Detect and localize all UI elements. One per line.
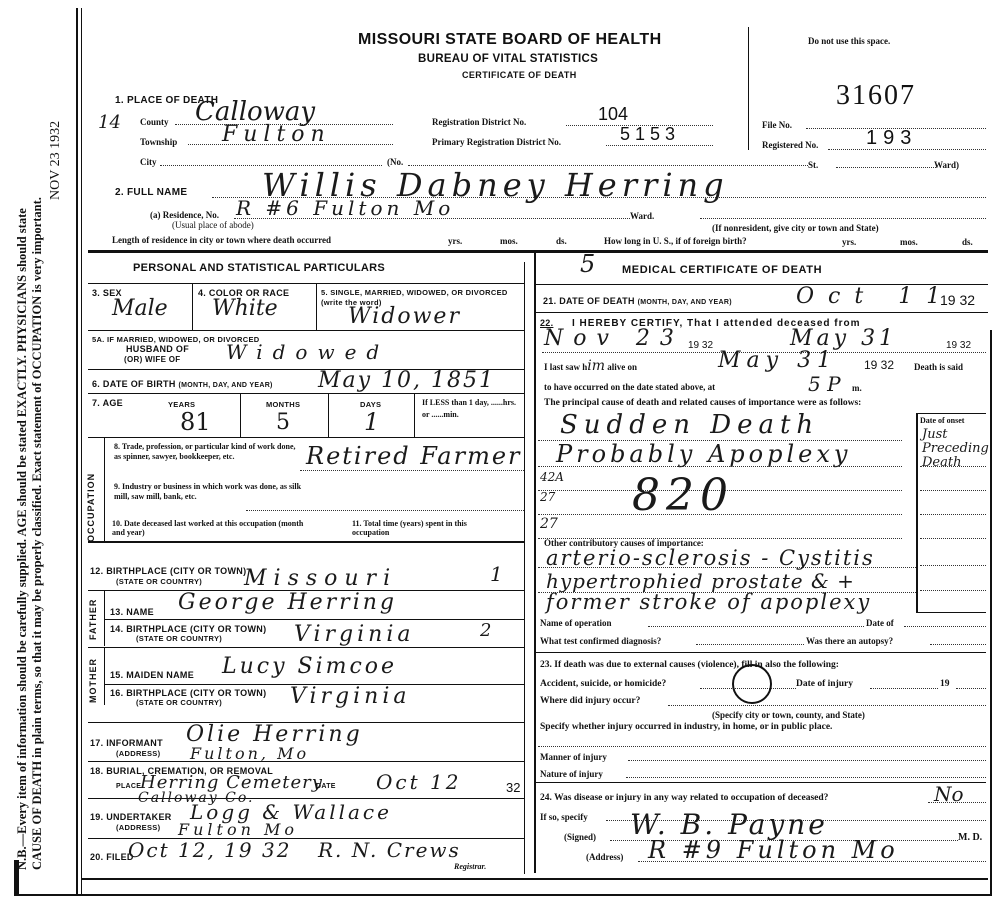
- where-injury-field[interactable]: [668, 705, 986, 706]
- manner-label: Manner of injury: [540, 752, 607, 762]
- cause-2-value: Probably Apoplexy: [556, 440, 851, 468]
- father-bp-sublabel: (STATE OR COUNTRY): [136, 634, 222, 643]
- personal-rule-2: [88, 330, 524, 331]
- sex-value: Male: [112, 296, 168, 321]
- form-subtitle: BUREAU OF VITAL STATISTICS: [418, 53, 598, 65]
- registered-no-value: 193: [866, 127, 917, 150]
- attend-from-year: 19 32: [688, 340, 713, 351]
- left-panel-right-border: [524, 262, 525, 874]
- injury-year-label: 19: [940, 679, 950, 689]
- residence-value: R #6 Fulton Mo: [236, 196, 454, 220]
- attend-to-year: 19 32: [946, 340, 971, 351]
- ward-field[interactable]: [836, 167, 936, 168]
- nonresident-note: (If nonresident, give city or town and S…: [712, 223, 879, 233]
- residence-sublabel: (Usual place of abode): [172, 220, 254, 230]
- if-so-label: If so, specify: [540, 812, 588, 822]
- external-cause-label: 23. If death was due to external causes …: [540, 660, 839, 670]
- specify-city-note: (Specify city or town, county, and State…: [712, 710, 865, 720]
- cause-line-2[interactable]: [538, 466, 902, 467]
- cause-code-3: 27: [540, 516, 558, 532]
- onset-line-1[interactable]: [920, 466, 986, 467]
- marital-value: Widower: [348, 304, 461, 329]
- registrar-label: Registrar.: [454, 862, 486, 871]
- column-divider: [534, 253, 536, 873]
- total-time-label: 11. Total time (years) spent in this occ…: [352, 519, 502, 537]
- cause-label: The principal cause of death and related…: [544, 398, 861, 408]
- onset-line-5[interactable]: [920, 565, 986, 566]
- medical-rule-4: [536, 782, 986, 783]
- mother-bp-label: 16. BIRTHPLACE (CITY OR TOWN): [110, 688, 266, 698]
- header-divider: [748, 27, 749, 150]
- accident-label: Accident, suicide, or homicide?: [540, 679, 666, 689]
- certificate-number: 31607: [836, 80, 916, 112]
- filed-value: Oct 12, 19 32: [128, 838, 291, 862]
- medical-margin-mark: 5: [580, 250, 595, 278]
- residence-ds-label: ds.: [556, 236, 567, 246]
- border-bottom: [14, 894, 992, 896]
- onset-box-top: [916, 413, 986, 414]
- spouse-label-3: (OR) WIFE OF: [124, 355, 180, 364]
- injury-date-field[interactable]: [870, 688, 938, 689]
- personal-rule-10: [88, 761, 524, 762]
- less-than-day-label: If LESS than 1 day, ......hrs. or ......…: [422, 397, 522, 421]
- birthplace-sublabel: (STATE OR COUNTRY): [116, 577, 202, 586]
- medical-section-title: MEDICAL CERTIFICATE OF DEATH: [622, 264, 822, 276]
- death-said-label: Death is said: [914, 362, 963, 372]
- mother-side-divider: [104, 648, 105, 705]
- occupation-side-label: OCCUPATION: [86, 473, 96, 542]
- father-bp-code: 2: [480, 620, 491, 641]
- margin-note-line1: N.B.—Every item of information should be…: [15, 208, 30, 870]
- township-value: Fulton: [222, 122, 331, 147]
- residence-yrs-label: yrs.: [448, 236, 462, 246]
- father-bp-value: Virginia: [294, 622, 415, 647]
- cause-code-1: 42A: [540, 470, 564, 484]
- sex-divider: [192, 284, 193, 330]
- onset-box-bottom: [916, 612, 986, 613]
- foreign-yrs-label: yrs.: [842, 237, 856, 247]
- test-label: What test confirmed diagnosis?: [540, 636, 661, 646]
- border-right: [990, 330, 992, 896]
- file-no-label: File No.: [762, 120, 792, 130]
- birthplace-value: Missouri: [244, 566, 397, 591]
- bottom-rule-left: [82, 878, 988, 880]
- margin-county-code: 14: [98, 112, 121, 133]
- medical-rule-2: [536, 312, 988, 313]
- specify-industry-field[interactable]: [538, 746, 986, 747]
- dob-value: May 10, 1851: [318, 368, 495, 393]
- nature-label: Nature of injury: [540, 769, 603, 779]
- burial-date-label: DATE: [316, 783, 336, 790]
- primary-reg-field[interactable]: [606, 145, 713, 146]
- onset-box-left: [916, 413, 918, 613]
- father-name-value: George Herring: [178, 590, 397, 615]
- mother-name-value: Lucy Simcoe: [222, 654, 397, 679]
- spouse-label-2: HUSBAND OF: [126, 344, 189, 354]
- onset-line-3[interactable]: [920, 514, 986, 515]
- test-field[interactable]: [696, 644, 804, 645]
- foreign-ds-label: ds.: [962, 237, 973, 247]
- dod-label: 21. DATE OF DEATH (MONTH, DAY, AND YEAR): [543, 296, 732, 306]
- manner-field[interactable]: [628, 760, 986, 761]
- border-left-1: [76, 8, 78, 896]
- last-saw-value: May 31: [718, 348, 837, 373]
- reg-district-value: 104: [598, 104, 628, 125]
- where-injury-label: Where did injury occur?: [540, 696, 640, 706]
- cause-code-big: 820: [632, 470, 734, 521]
- father-rule: [104, 619, 524, 620]
- autopsy-field[interactable]: [930, 644, 986, 645]
- m-label: m.: [852, 383, 862, 393]
- personal-rule-1: [88, 283, 524, 284]
- onset-line-4[interactable]: [920, 538, 986, 539]
- section-divider-top: [88, 250, 988, 253]
- primary-reg-value: 5153: [620, 124, 680, 145]
- street-st-label: St.: [808, 160, 818, 170]
- last-saw-year: 19 32: [864, 358, 894, 372]
- father-side-label: FATHER: [88, 599, 98, 640]
- last-worked-label: 10. Date deceased last worked at this oc…: [112, 519, 308, 537]
- onset-line-2[interactable]: [920, 490, 986, 491]
- father-bp-label: 14. BIRTHPLACE (CITY OR TOWN): [110, 624, 266, 634]
- dod-year: 19 32: [940, 292, 975, 308]
- contributory-3-value: former stroke of apoplexy: [546, 590, 871, 614]
- residence-mos-label: mos.: [500, 236, 518, 246]
- attend-from-value: Nov 23: [544, 326, 684, 351]
- injury-date-label: Date of injury: [796, 679, 853, 689]
- township-label: Township: [140, 137, 177, 147]
- received-stamp: NOV 23 1932: [48, 121, 64, 200]
- onset-value: Just Preceding Death: [922, 428, 988, 470]
- age-label: 7. AGE: [92, 398, 123, 408]
- color-divider: [316, 284, 317, 330]
- foreign-mos-label: mos.: [900, 237, 918, 247]
- specify-industry-label: Specify whether injury occurred in indus…: [540, 722, 832, 732]
- operation-date-field[interactable]: [904, 626, 986, 627]
- personal-rule-6: [88, 541, 524, 543]
- occupation-related-label: 24. Was disease or injury in any way rel…: [540, 793, 828, 803]
- operation-label: Name of operation: [540, 618, 612, 628]
- dod-value: Oct 11: [796, 284, 954, 309]
- years-value: 81: [180, 408, 211, 436]
- industry-field[interactable]: [246, 510, 524, 511]
- birthplace-code: 1: [490, 562, 503, 586]
- mother-name-label: 15. MAIDEN NAME: [110, 670, 194, 680]
- months-label: MONTHS: [266, 400, 300, 409]
- mother-bp-value: Virginia: [290, 684, 411, 709]
- days-value: 1: [364, 408, 379, 436]
- city-ward-label: Ward): [934, 160, 959, 170]
- cause-1-value: Sudden Death: [560, 410, 819, 440]
- operation-field[interactable]: [648, 626, 864, 627]
- nonresident-field[interactable]: [700, 218, 986, 219]
- age-divider-1: [240, 394, 241, 438]
- personal-rule-5: [88, 437, 524, 438]
- physician-address: R #9 Fulton Mo: [648, 836, 899, 864]
- last-saw-him: im: [587, 358, 605, 374]
- burial-year-value: 32: [506, 780, 520, 795]
- border-left-2: [81, 8, 82, 896]
- form-doc-type: CERTIFICATE OF DEATH: [462, 70, 577, 80]
- trade-label: 8. Trade, profession, or particular kind…: [114, 442, 304, 462]
- onset-line-6[interactable]: [920, 590, 986, 591]
- occurred-label: to have occurred on the date stated abov…: [544, 382, 715, 392]
- signed-label: (Signed): [564, 832, 596, 842]
- cause-code-2: 27: [540, 490, 555, 504]
- autopsy-label: Was there an autopsy?: [806, 636, 893, 646]
- age-divider-3: [414, 394, 415, 438]
- trade-field[interactable]: [300, 470, 524, 471]
- primary-reg-label: Primary Registration District No.: [432, 137, 561, 147]
- undertaker-address-value: Fulton Mo: [178, 820, 298, 839]
- occupation-related-value: No: [934, 782, 964, 806]
- foreign-birth-label: How long in U. S., if of foreign birth?: [604, 236, 747, 246]
- personal-rule-8: [88, 647, 524, 648]
- residence-ward-label: Ward.: [630, 211, 654, 221]
- personal-rule-4: [88, 393, 524, 394]
- last-saw-label: I last saw him alive on: [544, 358, 637, 374]
- trade-value: Retired Farmer: [306, 442, 522, 470]
- time-value: 5 P: [808, 372, 841, 396]
- county-label: County: [140, 117, 169, 127]
- full-name-label: 2. FULL NAME: [115, 187, 187, 198]
- father-name-label: 13. NAME: [110, 607, 154, 617]
- onset-label: Date of onset: [920, 416, 964, 425]
- burial-date-value: Oct 12: [376, 770, 461, 794]
- residence-label: (a) Residence, No.: [150, 210, 219, 220]
- injury-year-field[interactable]: [956, 688, 986, 689]
- color-value: White: [212, 296, 278, 321]
- nature-field[interactable]: [626, 777, 986, 778]
- birthplace-label: 12. BIRTHPLACE (CITY OR TOWN): [90, 566, 246, 576]
- spouse-value: Widowed: [226, 340, 389, 364]
- age-divider-2: [328, 394, 329, 438]
- city-label: City: [140, 157, 157, 167]
- accident-circled-mark: [732, 664, 772, 704]
- informant-label: 17. INFORMANT: [90, 738, 163, 748]
- md-label: M. D.: [958, 832, 982, 843]
- address-label: (Address): [586, 852, 623, 862]
- months-value: 5: [276, 410, 290, 435]
- occupation-side-divider: [104, 438, 105, 541]
- reg-district-label: Registration District No.: [432, 117, 526, 127]
- informant-sublabel: (ADDRESS): [116, 749, 160, 758]
- dob-label: 6. DATE OF BIRTH (MONTH, DAY, AND YEAR): [92, 379, 273, 389]
- registered-no-label: Registered No.: [762, 140, 818, 150]
- industry-label: 9. Industry or business in which work wa…: [114, 482, 304, 502]
- operation-date-label: Date of: [866, 618, 894, 628]
- contributory-line-1[interactable]: [538, 567, 916, 568]
- undertaker-label: 19. UNDERTAKER: [90, 812, 172, 822]
- burial-place-label: PLACE: [116, 783, 141, 790]
- medical-rule-3: [536, 652, 986, 653]
- undertaker-sublabel: (ADDRESS): [116, 823, 160, 832]
- mother-bp-sublabel: (STATE OR COUNTRY): [136, 698, 222, 707]
- form-title: MISSOURI STATE BOARD OF HEALTH: [358, 31, 662, 49]
- margin-note-line2: CAUSE OF DEATH in plain terms, so that i…: [30, 197, 45, 870]
- mother-side-label: MOTHER: [88, 658, 98, 703]
- personal-section-title: PERSONAL AND STATISTICAL PARTICULARS: [133, 262, 385, 274]
- do-not-use-note: Do not use this space.: [808, 36, 890, 46]
- length-of-residence-label: Length of residence in city or town wher…: [112, 235, 331, 245]
- registrar-value: R. N. Crews: [318, 838, 461, 862]
